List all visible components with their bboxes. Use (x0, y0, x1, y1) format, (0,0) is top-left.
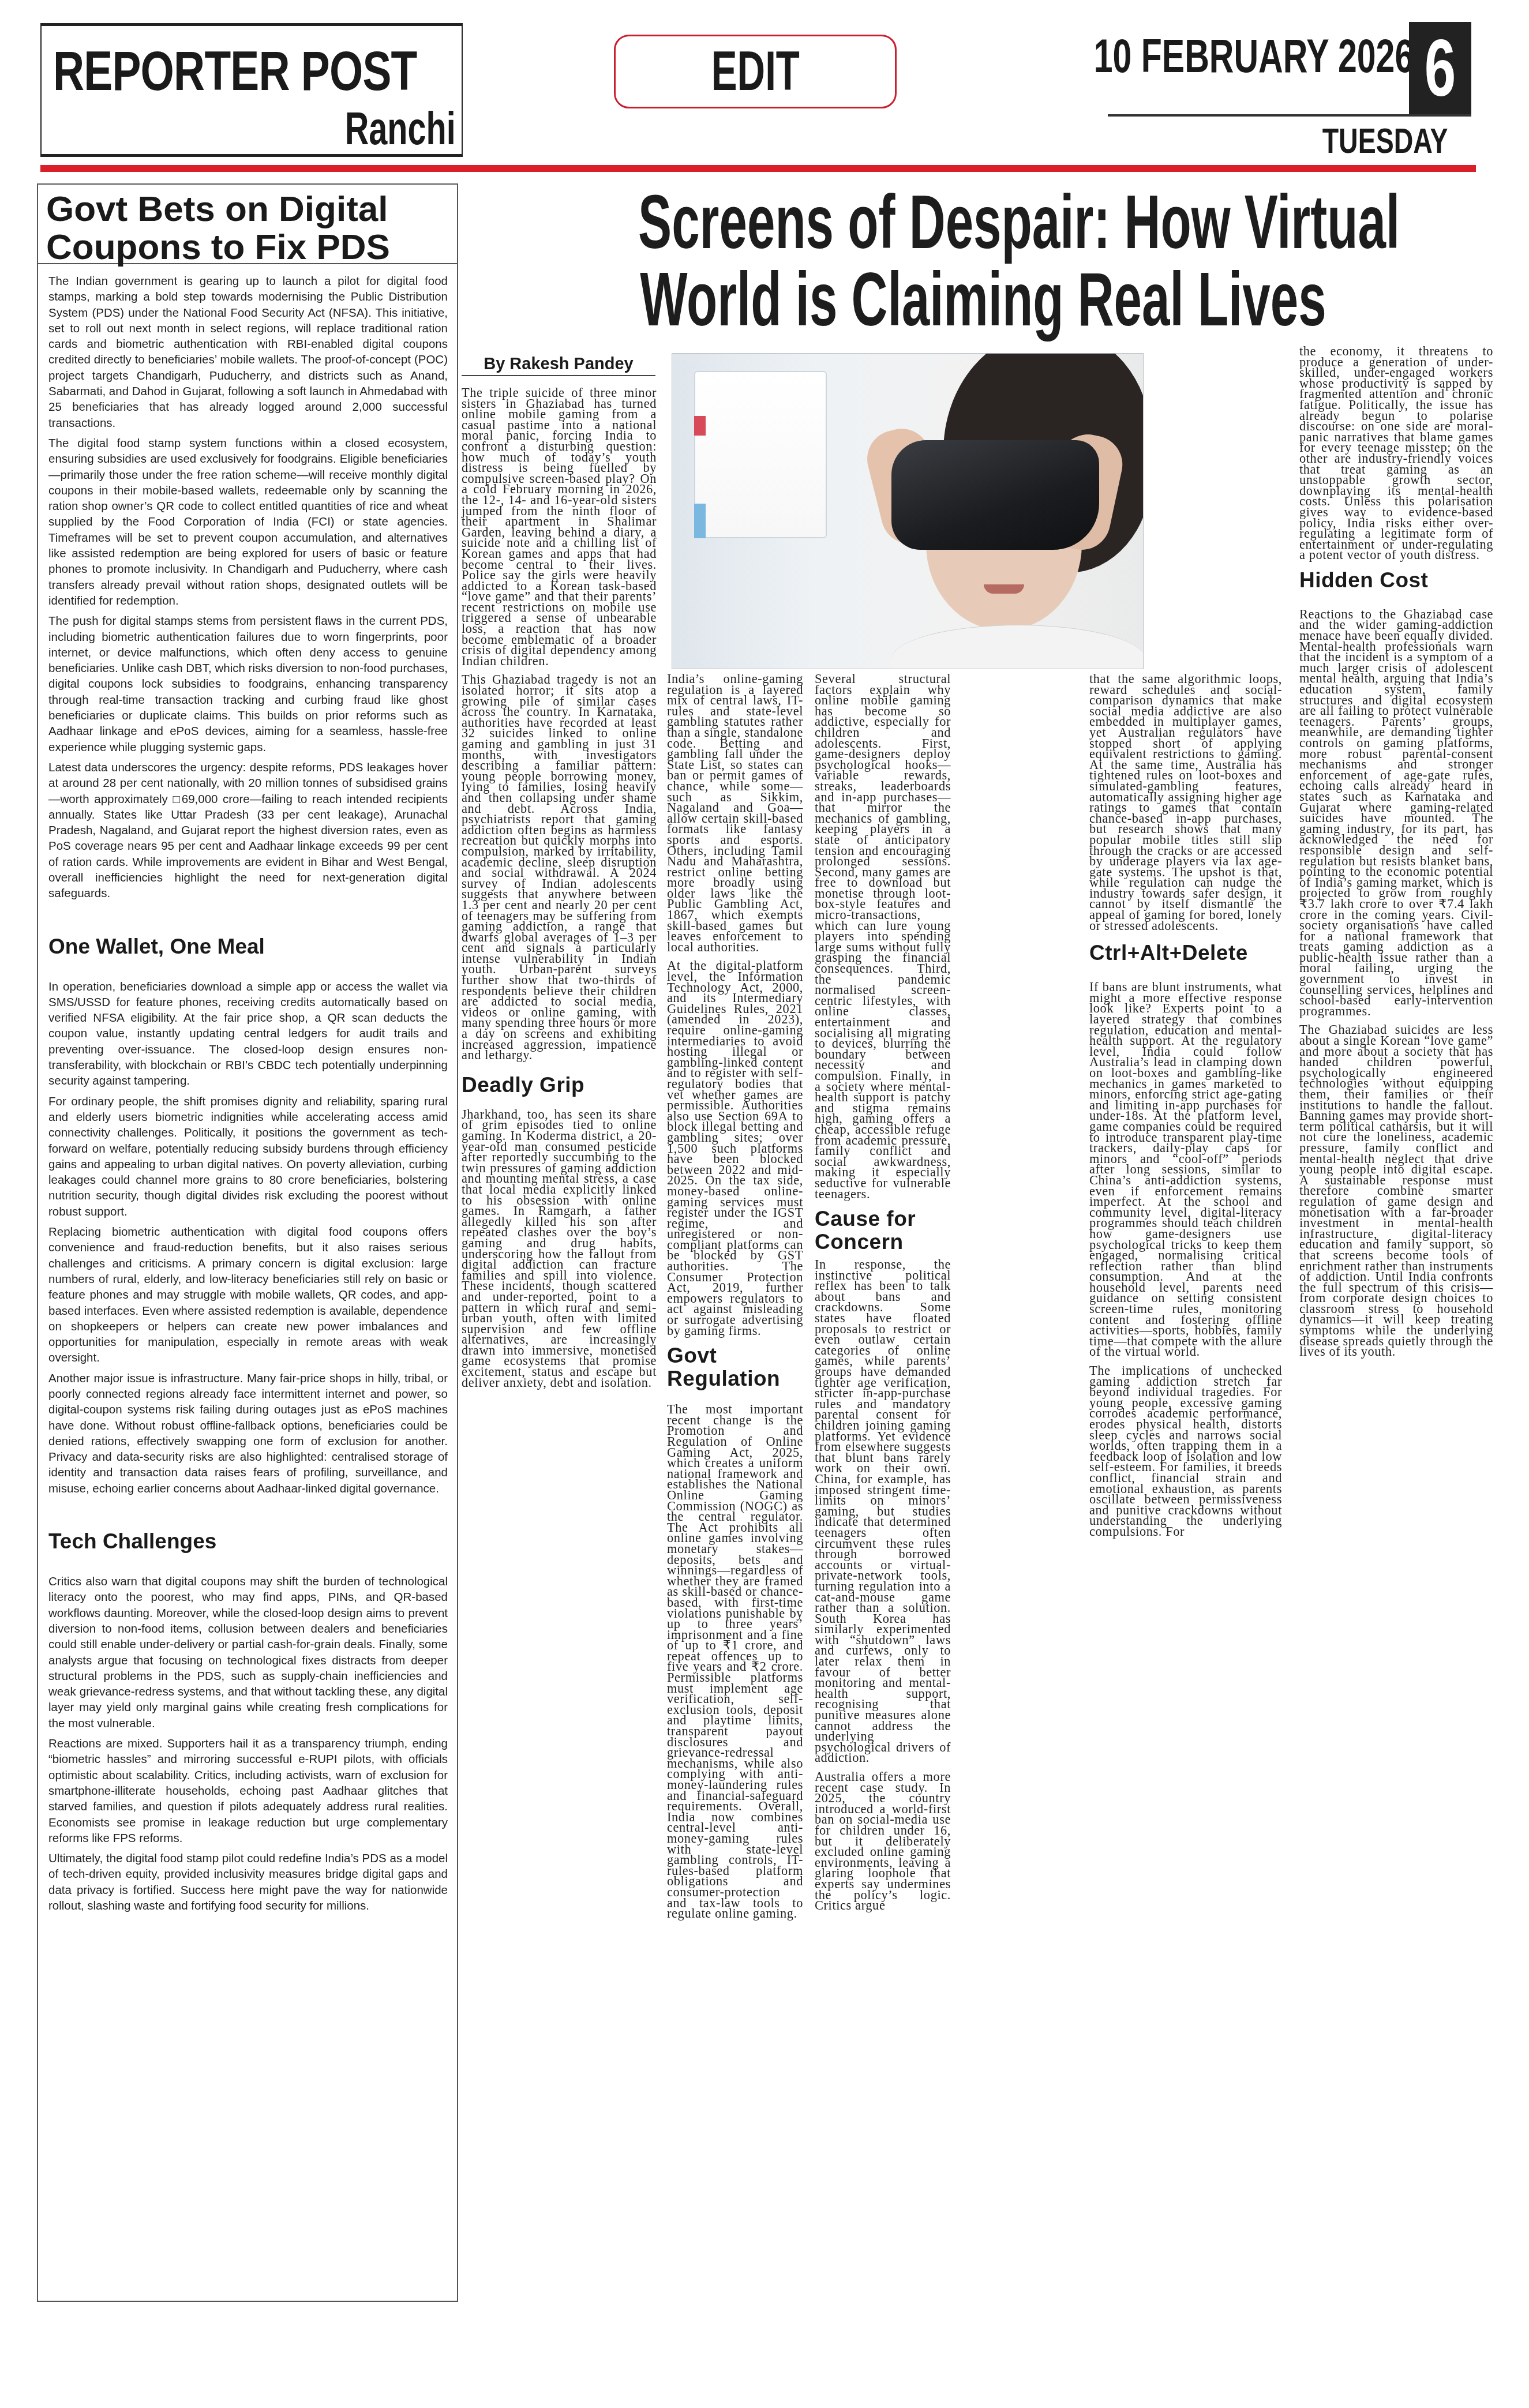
section-label: EDIT (711, 40, 799, 103)
article-column-2: India’s online-gaming regulation is a la… (667, 674, 803, 1927)
issue-weekday: TUESDAY (1322, 123, 1448, 159)
main-headline-line2: World is Claiming Real Lives (638, 261, 1328, 338)
sidebar-paragraph: Another major issue is infrastructure. M… (48, 1371, 448, 1496)
byline: By Rakesh Pandey (462, 353, 655, 376)
article-column-1: The triple suicide of three minor sister… (462, 388, 657, 1396)
article-paragraph: the economy, it threatens to produce a g… (1299, 346, 1493, 561)
article-paragraph: The Ghaziabad suicides are less about a … (1299, 1025, 1493, 1357)
monitor-accent-red (694, 416, 706, 436)
sidebar-paragraph: For ordinary people, the shift promises … (48, 1094, 448, 1220)
photo-shirt (891, 625, 1144, 669)
main-headline: Screens of Despair: How Virtual World is… (460, 183, 1506, 338)
article-subhead: Hidden Cost (1299, 569, 1493, 592)
monitor-accent-blue (694, 504, 706, 538)
page-number: 6 (1425, 21, 1456, 115)
article-paragraph: Australia offers a more recent case stud… (815, 1772, 951, 1911)
article-column-4: that the same algorithmic loops, reward … (1089, 674, 1282, 1546)
article-subhead: Govt Regulation (667, 1344, 803, 1390)
article-paragraph: that the same algorithmic loops, reward … (1089, 674, 1282, 931)
article-paragraph: India’s online-gaming regulation is a la… (667, 674, 803, 952)
paper-name: REPORTER POST (53, 46, 417, 97)
article-paragraph: In response, the instinctive political r… (815, 1259, 951, 1764)
sidebar-subhead: One Wallet, One Meal (48, 934, 448, 959)
article-paragraph: The most important recent change is the … (667, 1404, 803, 1919)
article-subhead: Ctrl+Alt+Delete (1089, 942, 1282, 965)
main-headline-line1: Screens of Despair: How Virtual (638, 183, 1328, 261)
article-paragraph: The implications of unchecked gaming add… (1089, 1366, 1282, 1537)
article-paragraph: Several structural factors explain why o… (815, 674, 951, 1199)
paper-city: Ranchi (345, 106, 456, 152)
masthead-red-rule (40, 165, 1476, 172)
vr-headset-photo (672, 353, 1144, 669)
sidebar-body: The Indian government is gearing up to l… (48, 273, 448, 1918)
sidebar-article: Govt Bets on Digital Coupons to Fix PDS … (37, 183, 458, 2302)
article-subhead: Deadly Grip (462, 1074, 657, 1097)
sidebar-paragraph: Replacing biometric authentication with … (48, 1224, 448, 1366)
sidebar-headline-line1: Govt Bets on Digital (46, 190, 457, 228)
issue-date: 10 FEBRUARY 2026 (1093, 33, 1414, 80)
date-divider (1108, 114, 1471, 117)
article-paragraph: At the digital-platform level, the Infor… (667, 961, 803, 1336)
section-badge: EDIT (614, 35, 897, 108)
sidebar-paragraph: The digital food stamp system functions … (48, 436, 448, 609)
sidebar-headline-line2: Coupons to Fix PDS (46, 228, 457, 267)
sidebar-paragraph: The push for digital stamps stems from p… (48, 613, 448, 755)
sidebar-paragraph: Latest data underscores the urgency: des… (48, 760, 448, 902)
sidebar-paragraph: The Indian government is gearing up to l… (48, 273, 448, 431)
sidebar-paragraph: In operation, beneficiaries download a s… (48, 979, 448, 1089)
photo-mouth (984, 584, 1024, 594)
article-column-3: Several structural factors explain why o… (815, 674, 951, 1919)
sidebar-subhead: Tech Challenges (48, 1529, 448, 1554)
article-paragraph: If bans are blunt instruments, what migh… (1089, 982, 1282, 1357)
article-column-5: the economy, it threatens to produce a g… (1299, 346, 1493, 1366)
article-paragraph: The triple suicide of three minor sister… (462, 388, 657, 666)
sidebar-paragraph: Critics also warn that digital coupons m… (48, 1574, 448, 1731)
sidebar-paragraph: Ultimately, the digital food stamp pilot… (48, 1851, 448, 1914)
sidebar-paragraph: Reactions are mixed. Supporters hail it … (48, 1736, 448, 1846)
sidebar-headline: Govt Bets on Digital Coupons to Fix PDS (38, 185, 457, 264)
background-monitor (694, 371, 827, 538)
article-paragraph: Jharkhand, too, has seen its share of gr… (462, 1109, 657, 1388)
article-subhead: Cause for Concern (815, 1207, 951, 1254)
article-paragraph: This Ghaziabad tragedy is not an isolate… (462, 674, 657, 1060)
article-paragraph: Reactions to the Ghaziabad case and the … (1299, 609, 1493, 1017)
masthead-nameplate: REPORTER POST Ranchi (40, 23, 463, 157)
vr-headset-icon (891, 440, 1099, 550)
page-number-badge: 6 (1409, 22, 1471, 114)
